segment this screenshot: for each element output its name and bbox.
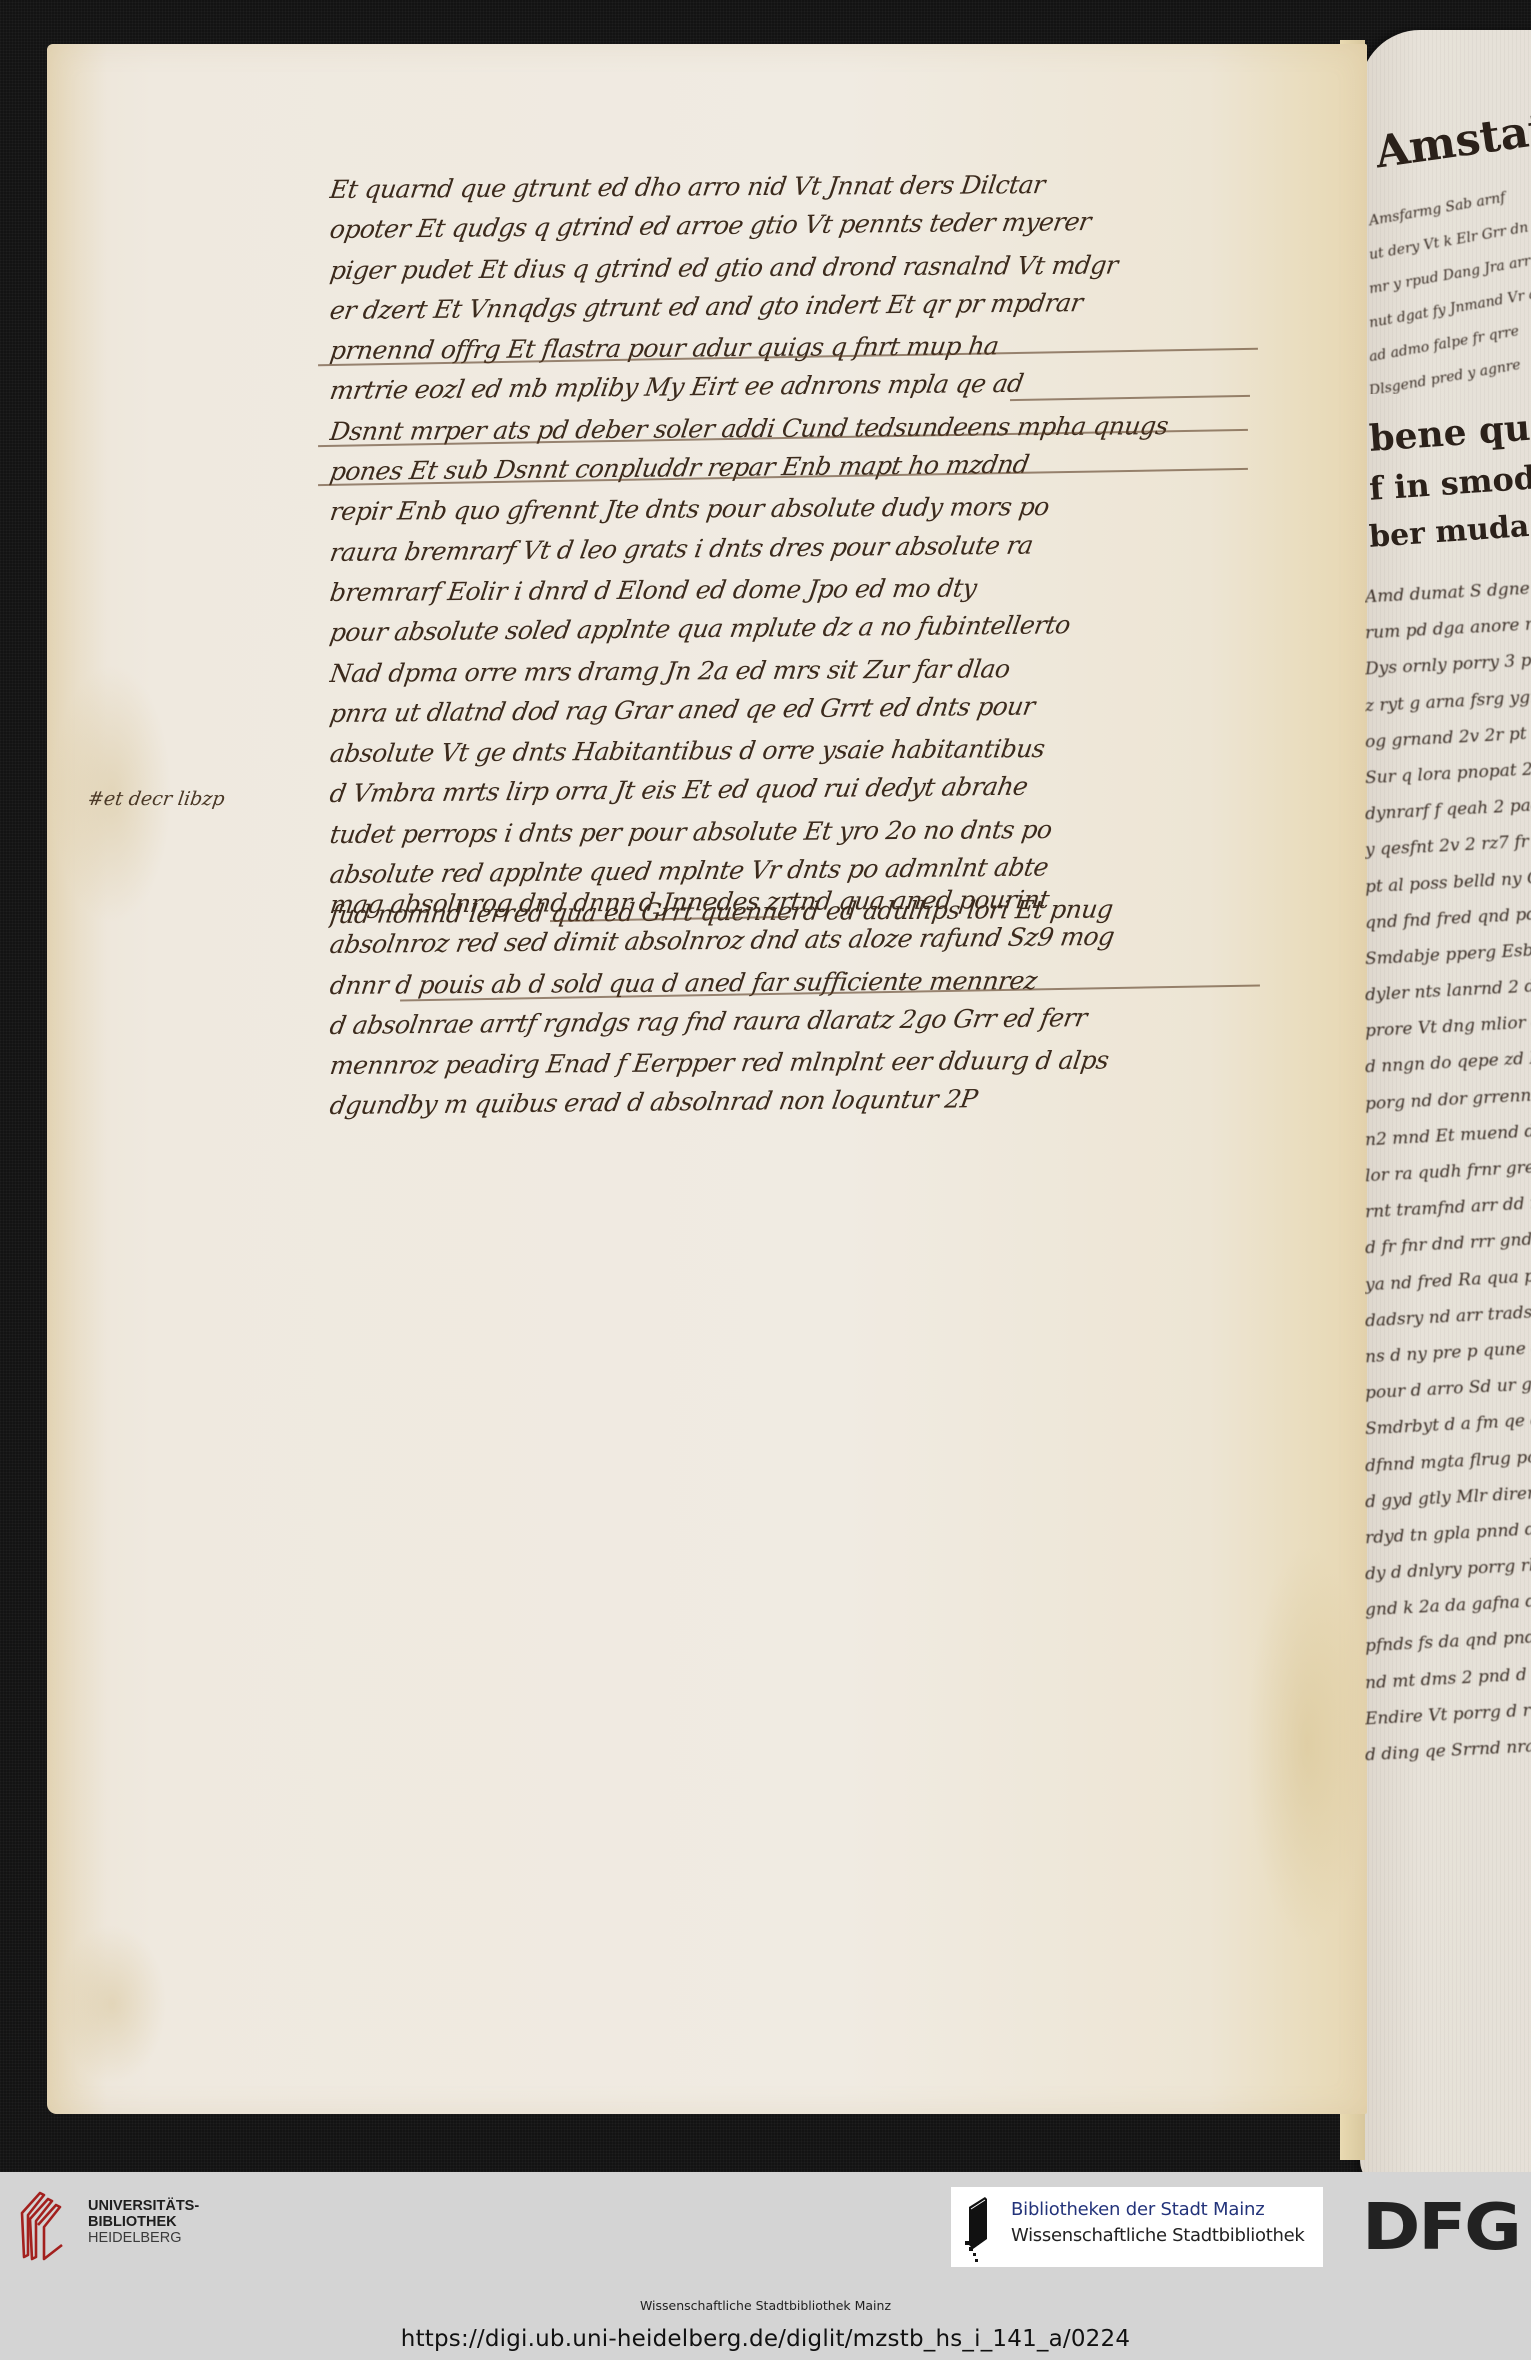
manuscript-line: d Vmbra mrts lirp orra Jt eis Et ed quod… bbox=[327, 765, 1254, 815]
manuscript-line: opoter Et qudgs q gtrind ed arroe gtio V… bbox=[327, 201, 1254, 251]
manuscript-line: pour absolute soled applnte qua mplute d… bbox=[327, 604, 1254, 654]
manuscript-line: pnra ut dlatnd dod rag Grar aned qe ed G… bbox=[327, 684, 1254, 734]
paper-stain bbox=[1247, 1544, 1367, 1944]
ub-heidelberg-wordmark: UNIVERSITÄTS- BIBLIOTHEK HEIDELBERG bbox=[88, 2198, 199, 2246]
manuscript-text-block-1: Et quarnd que gtrunt ed dho arro nid Vt … bbox=[330, 170, 1250, 936]
ub-line-3: HEIDELBERG bbox=[88, 2230, 199, 2246]
margin-note: #et decr libzp bbox=[86, 788, 226, 810]
manuscript-line: mrtrie eozl ed mb mpliby My Eirt ee adnr… bbox=[327, 362, 1254, 412]
paper-stain bbox=[57, 1924, 167, 2084]
dfg-logo: DFG bbox=[1362, 2198, 1520, 2258]
manuscript-line: dgundby m quibus erad d absolnrad non lo… bbox=[327, 1077, 1254, 1127]
manuscript-line: d absolnrae arrtf rgndgs rag fnd raura d… bbox=[327, 996, 1254, 1046]
mainz-logo-line-2: Wissenschaftliche Stadtbibliothek bbox=[1011, 2225, 1304, 2246]
holder-caption: Wissenschaftliche Stadtbibliothek Mainz bbox=[0, 2298, 1531, 2313]
ub-heidelberg-logo-icon bbox=[16, 2185, 76, 2265]
right-page-small-lines: Amsfarmg Sab arnf ut dery Vt k Elr Grr d… bbox=[1368, 190, 1531, 394]
manuscript-line: er dzert Et Vnnqdgs gtrunt ed and gto in… bbox=[327, 281, 1254, 331]
ub-line-2: BIBLIOTHEK bbox=[88, 2214, 199, 2230]
manuscript-line: absolnroz red sed dimit absolnroz dnd at… bbox=[327, 916, 1254, 966]
ub-line-1: UNIVERSITÄTS- bbox=[88, 2198, 199, 2214]
book-pixel-icon bbox=[963, 2195, 993, 2263]
manuscript-line: pones Et sub Dsnnt conpluddr repar Enb m… bbox=[327, 442, 1254, 492]
permalink-url[interactable]: https://digi.ub.uni-heidelberg.de/diglit… bbox=[0, 2326, 1531, 2352]
mainz-library-logo: Bibliotheken der Stadt Mainz Wissenschaf… bbox=[951, 2187, 1323, 2267]
manuscript-text-block-2: mag absolnrog dnd dnnr d Jnnedes zrtnd q… bbox=[330, 885, 1250, 1127]
right-page-text: Amd dumat S dgne arr g rum pd dga anore … bbox=[1365, 575, 1531, 1769]
mainz-logo-line-1: Bibliotheken der Stadt Mainz bbox=[1011, 2199, 1264, 2220]
